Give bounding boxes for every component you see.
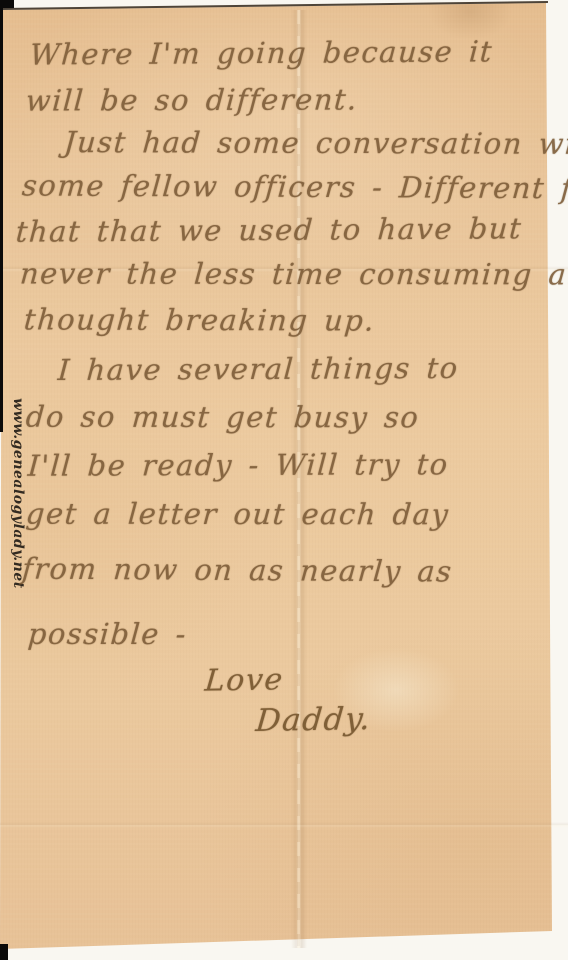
letter-line: some fellow officers - Different from bbox=[21, 168, 568, 205]
letter-closing: Love bbox=[203, 662, 285, 698]
watermark: www.genealogylady.net bbox=[4, 398, 26, 570]
letter-line: that that we used to have but bbox=[15, 211, 524, 249]
letter-line: I have several things to bbox=[57, 351, 460, 387]
scanned-letter-page: www.genealogylady.net Where I'm going be… bbox=[0, 0, 568, 960]
scan-artifact-top-left bbox=[0, 0, 14, 8]
letter-line: thought breaking up. bbox=[23, 302, 377, 337]
letter-line: get a letter out each day bbox=[25, 497, 451, 532]
letter-line: from now on as nearly as bbox=[21, 551, 454, 588]
letter-line: never the less time consuming and bbox=[19, 256, 568, 291]
scan-artifact-left-strip bbox=[0, 0, 3, 432]
letter-signature: Daddy. bbox=[254, 701, 373, 739]
letter-line: Just had some conversation with bbox=[63, 125, 568, 161]
letter-line: possible - bbox=[27, 617, 189, 651]
letter-line: Where I'm going because it bbox=[29, 34, 494, 71]
horizontal-crease-lower bbox=[0, 822, 568, 828]
letter-line: I'll be ready - Will try to bbox=[27, 447, 450, 482]
letter-line: will be so different. bbox=[25, 82, 359, 117]
letter-line: do so must get busy so bbox=[25, 400, 421, 435]
scan-artifact-bottom-left bbox=[0, 944, 8, 960]
